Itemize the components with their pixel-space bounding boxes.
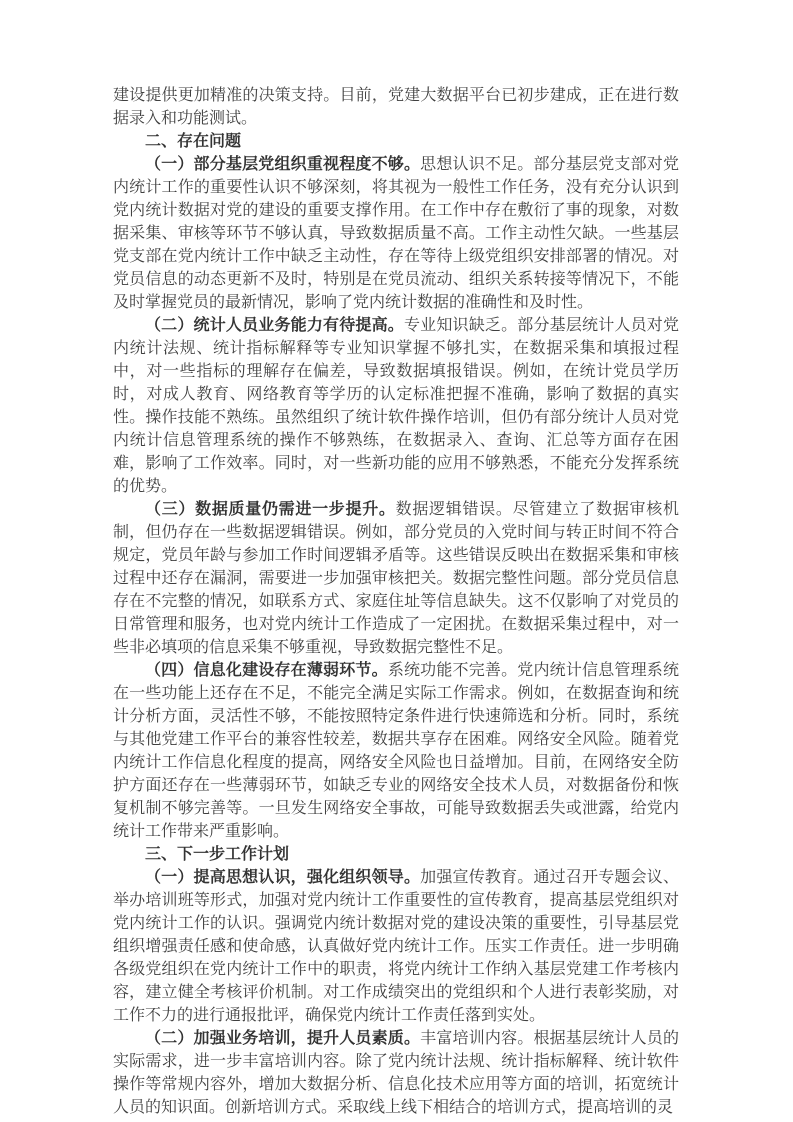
paragraph-text: 专业知识缺乏。部分基层统计人员对党内统计法规、统计指标解释等专业知识掌握不够扎实… <box>113 317 679 495</box>
subsection-title: （二）加强业务培训，提升人员素质。 <box>145 1030 420 1047</box>
section-heading-problems: 二、存在问题 <box>113 130 679 153</box>
subsection-title: （三）数据质量仍需进一步提升。 <box>145 501 396 518</box>
paragraph-text: 思想认识不足。部分基层党支部对党内统计工作的重要性认识不够深刻，将其视为一般性工… <box>113 156 679 311</box>
paragraph-text: 建设提供更加精准的决策支持。目前，党建大数据平台已初步建成，正在进行数据录入和功… <box>113 87 679 127</box>
paragraph-problem-1: （一）部分基层党组织重视程度不够。思想认识不足。部分基层党支部对党内统计工作的重… <box>113 153 679 314</box>
paragraph-text: 数据逻辑错误。尽管建立了数据审核机制，但仍存在一些数据逻辑错误。例如，部分党员的… <box>113 501 679 656</box>
paragraph-plan-1: （一）提高思想认识，强化组织领导。加强宣传教育。通过召开专题会议、举办培训班等形… <box>113 866 679 1027</box>
subsection-title: （一）部分基层党组织重视程度不够。 <box>145 156 420 173</box>
paragraph-text: 系统功能不完善。党内统计信息管理系统在一些功能上还存在不足，不能完全满足实际工作… <box>113 662 679 840</box>
paragraph-problem-3: （三）数据质量仍需进一步提升。数据逻辑错误。尽管建立了数据审核机制，但仍存在一些… <box>113 498 679 659</box>
section-heading-text: 三、下一步工作计划 <box>145 846 289 863</box>
paragraph-continued-from-previous-page: 建设提供更加精准的决策支持。目前，党建大数据平台已初步建成，正在进行数据录入和功… <box>113 84 679 130</box>
document-page: 建设提供更加精准的决策支持。目前，党建大数据平台已初步建成，正在进行数据录入和功… <box>0 0 793 1122</box>
section-heading-text: 二、存在问题 <box>145 133 241 150</box>
document-body: 建设提供更加精准的决策支持。目前，党建大数据平台已初步建成，正在进行数据录入和功… <box>113 84 679 1119</box>
subsection-title: （二）统计人员业务能力有待提高。 <box>145 317 404 334</box>
section-heading-next-steps: 三、下一步工作计划 <box>113 843 679 866</box>
paragraph-problem-2: （二）统计人员业务能力有待提高。专业知识缺乏。部分基层统计人员对党内统计法规、统… <box>113 314 679 498</box>
paragraph-problem-4: （四）信息化建设存在薄弱环节。系统功能不完善。党内统计信息管理系统在一些功能上还… <box>113 659 679 843</box>
paragraph-plan-2: （二）加强业务培训，提升人员素质。丰富培训内容。根据基层统计人员的实际需求，进一… <box>113 1027 679 1119</box>
paragraph-text: 加强宣传教育。通过召开专题会议、举办培训班等形式，加强对党内统计工作重要性的宣传… <box>113 869 679 1024</box>
subsection-title: （一）提高思想认识，强化组织领导。 <box>145 869 420 886</box>
subsection-title: （四）信息化建设存在薄弱环节。 <box>145 662 388 679</box>
